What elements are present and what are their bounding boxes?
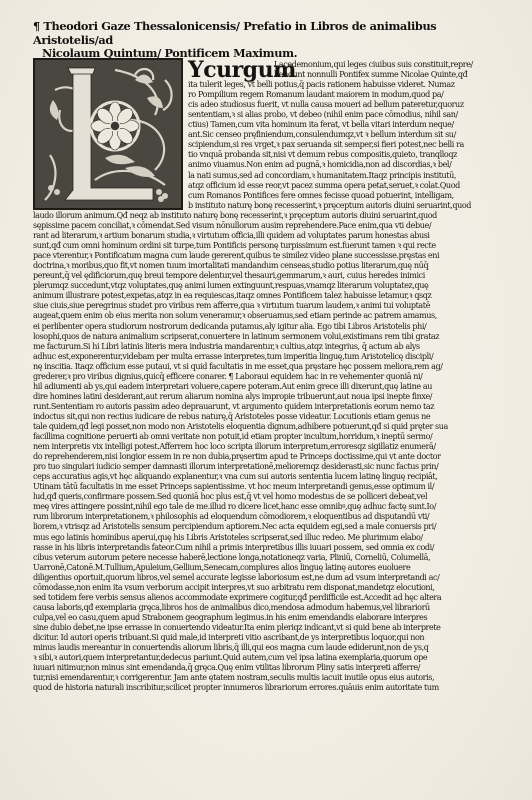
text-line: ant.Sic censeo pręfiniendum,consulendumq… — [188, 130, 506, 140]
text-line: animo viuamus.Non enim ad pugnā,ꝛ homici… — [188, 160, 506, 170]
text-line: sententiam,ꝛ si alias probo, vt debeo (n… — [188, 110, 506, 120]
text-line: cibus veterum autorum petere necesse hab… — [33, 553, 507, 563]
text-line: sine dubio debet,ne ipse errasse in conu… — [33, 623, 507, 633]
text-line: bendunt nonnulli Pontifex summe Nicolae … — [188, 70, 506, 80]
text-line: laudo illorum animum.Qđ neqz ab institut… — [33, 211, 507, 221]
text-line: dicitur. Id autori operis tribuant.Si qu… — [33, 633, 507, 643]
text-line: ei perlibenter opera studiorum nostrorum… — [33, 322, 507, 332]
title-line-1: ¶ Theodori Gaze Thessalonicensis/ Prefat… — [33, 20, 503, 47]
text-line: sed totidem fere verbis sensus alienos a… — [33, 593, 507, 603]
text-line: Uarronē,Catonē.M.Tullium,Apuleium,Gelliu… — [33, 563, 507, 573]
text-line: hil adiumenti ab ys,qui eadem interpreta… — [33, 382, 507, 392]
text-line: nem interpretis vix intelligi potest.Aff… — [33, 442, 507, 452]
body-text: laudo illorum animum.Qđ neqz ab institut… — [33, 211, 507, 703]
text-line: lud,qđ queris,confirmare possem.Sed quon… — [33, 492, 507, 502]
text-line: nę inscitia. Itaqz officium esse putaui,… — [33, 362, 507, 372]
decorated-initial-letter — [33, 58, 183, 210]
text-line: siue ciuis,siue peregrinus studet pro vi… — [33, 301, 507, 311]
text-line: ꝛ sibi,ꝛ autori,quem interpretantur,dede… — [33, 653, 507, 663]
text-line: meę vires attingere possint,nihil ego ta… — [33, 502, 507, 512]
text-line: rasse in his libris interpretandis fateo… — [33, 543, 507, 553]
text-line: augeat,quem enim ob eius merita non solu… — [33, 311, 507, 321]
text-line: pro tuo singulari iudicio semper damnast… — [33, 462, 507, 472]
text-line: grederer,ꝛ pro viribus dignius,quicq̄ ef… — [33, 372, 507, 382]
text-line: la nati sumus,sed ad concordiam,ꝛ humani… — [188, 171, 506, 181]
text-line: tio vnquā probanda sit,nisi vt demum reb… — [188, 150, 506, 160]
text-line: atqz officium id esse reor,vt pacez summ… — [188, 181, 506, 191]
text-line: quod de historia naturali inscribitur,sc… — [33, 683, 507, 693]
text-line: tale quidem,qđ legi posset,non modo non … — [33, 422, 507, 432]
text-line: doctrina,ꝛ moribus,quo fit,vt nomen tuum… — [33, 261, 507, 271]
text-line: indoctus sit,qui non rectius iudicare de… — [33, 412, 507, 422]
text-line: runt.Sententiam ro autoris passim adeo d… — [33, 402, 507, 412]
text-line: cis adeo studiosus fuerit, vt nulla caus… — [188, 100, 506, 110]
text-line — [33, 693, 507, 703]
text-line: minus laudis mereantur in conuertendis a… — [33, 643, 507, 653]
text-line: Lacedemonium,qui leges ciuibus suis cons… — [188, 60, 506, 70]
text-line: animum illustrare potest,expetas,atqz in… — [33, 291, 507, 301]
text-line: tur,nisi emendarentur,ꝛ corrigerentur. J… — [33, 673, 507, 683]
text-line: plerumqz succedunt,vtqz voluptates,quę a… — [33, 281, 507, 291]
document-page: ¶ Theodori Gaze Thessalonicensis/ Prefat… — [0, 0, 532, 800]
text-line: ro Pompilium regem Romanum laudant maior… — [188, 90, 506, 100]
text-line: scipiendum,si res vrget,ꝛ pax seruanda s… — [188, 140, 506, 150]
right-column-text: Lacedemonium,qui leges ciuibus suis cons… — [188, 60, 506, 211]
text-line: losophi,quos de natura animalium scripse… — [33, 332, 507, 342]
page-title: ¶ Theodori Gaze Thessalonicensis/ Prefat… — [33, 20, 503, 61]
text-line: cōmodasse,non enim ita vsum verborum acc… — [33, 583, 507, 593]
text-line: sunt,qđ cum omni hominum ordini sit turp… — [33, 241, 507, 251]
text-line: ctius) Tamen,cum vita hominum ita ferat,… — [188, 120, 506, 130]
text-line: rant ad literarum,ꝛ artium bonarum studi… — [33, 231, 507, 241]
text-line: b instituto naturę bonę recesserint,ꝛ pr… — [188, 201, 506, 211]
text-line: Utinam tātū facultatis in me esset Princ… — [33, 482, 507, 492]
text-line: me facturum.Si hi Libri latinis literis … — [33, 342, 507, 352]
text-line: culpa,vel eo casu,quem apud Strabonem ge… — [33, 613, 507, 623]
text-line: ceps accuratius agis,vt hęc aliquando ex… — [33, 472, 507, 482]
text-line: mus ego latinis hominibus aperui,quę his… — [33, 533, 507, 543]
text-line: diligentius oportuit,quorum libros,vel s… — [33, 573, 507, 583]
text-line: cum Romanos Pontifices fere omnes feciss… — [188, 191, 506, 201]
text-line: dire homines latini desiderant,aut rerum… — [33, 392, 507, 402]
text-line: do reprehenderem,nisi longior essem in r… — [33, 452, 507, 462]
text-line: adhuc est,exponerentur,videbam per multa… — [33, 352, 507, 362]
text-line: liorem,ꝛ vtrisqz ad Aristotelis sensum p… — [33, 522, 507, 532]
text-line: ita tulerit leges, vt belli potius,q̄ pa… — [188, 80, 506, 90]
text-line: pace vterentur,ꝛ Pontificatum magna cum … — [33, 251, 507, 261]
text-line: pereunt,q̄ vel ędificiorum,quę breui tem… — [33, 271, 507, 281]
floral-initial-l-icon — [35, 60, 181, 208]
text-line: facillima cognitione peruerti ab omni ve… — [33, 432, 507, 442]
text-line: rum librorum interpretationem,ꝛ philosop… — [33, 512, 507, 522]
text-line: causa laboris,qđ exemplaria gręca,libros… — [33, 603, 507, 613]
text-line: iuuari nitimur,non minus sint emendanda,… — [33, 663, 507, 673]
text-line: sępissime pacem conciliat,ꝛ cōmendat.Sed… — [33, 221, 507, 231]
